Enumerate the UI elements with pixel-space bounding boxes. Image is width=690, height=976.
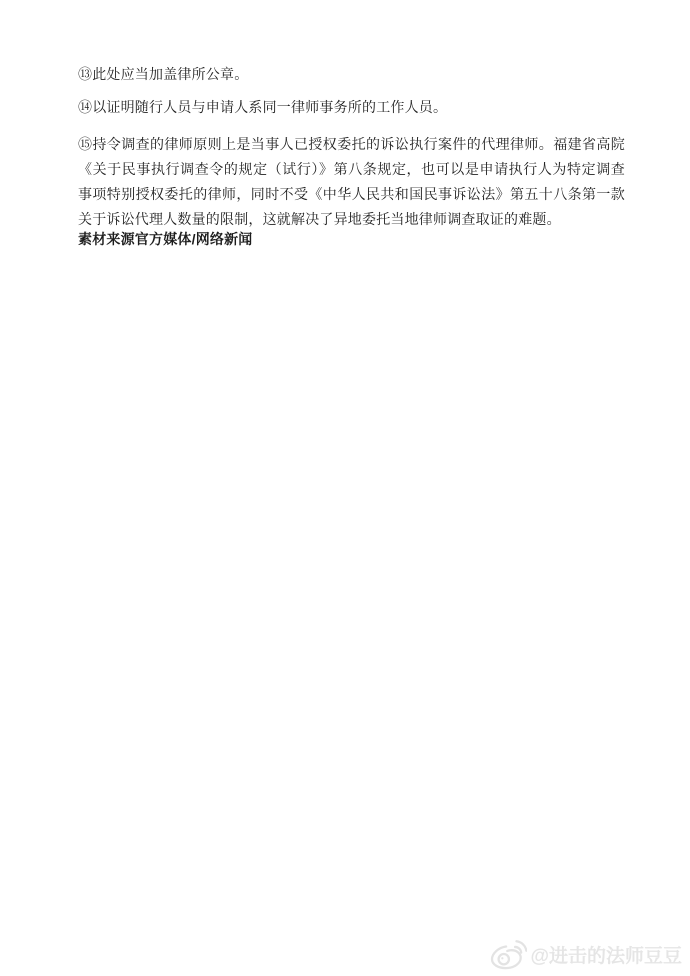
- watermark-handle: @进击的法师豆豆: [530, 941, 682, 968]
- footnote-15: ⑮持令调查的律师原则上是当事人已授权委托的诉讼执行案件的代理律师。福建省高院 《…: [78, 132, 625, 232]
- article-body: ⑬此处应当加盖律所公章。 ⑭以证明随行人员与申请人系同一律师事务所的工作人员。 …: [78, 62, 625, 266]
- footnote-14: ⑭以证明随行人员与申请人系同一律师事务所的工作人员。: [78, 95, 625, 120]
- footnote-15-line: 《关于民事执行调查令的规定（试行）》第八条规定，也可以是申请执行人为特定调查: [78, 157, 625, 182]
- footnote-15-line: 事项特别授权委托的律师，同时不受《中华人民共和国民事诉讼法》第五十八条第一款: [78, 182, 625, 207]
- footnote-15-line: ⑮持令调查的律师原则上是当事人已授权委托的诉讼执行案件的代理律师。福建省高院: [78, 132, 625, 157]
- weibo-icon: [489, 938, 527, 970]
- watermark: @进击的法师豆豆: [489, 938, 682, 970]
- footnote-13: ⑬此处应当加盖律所公章。: [78, 62, 625, 87]
- document-page: ⑬此处应当加盖律所公章。 ⑭以证明随行人员与申请人系同一律师事务所的工作人员。 …: [0, 0, 690, 976]
